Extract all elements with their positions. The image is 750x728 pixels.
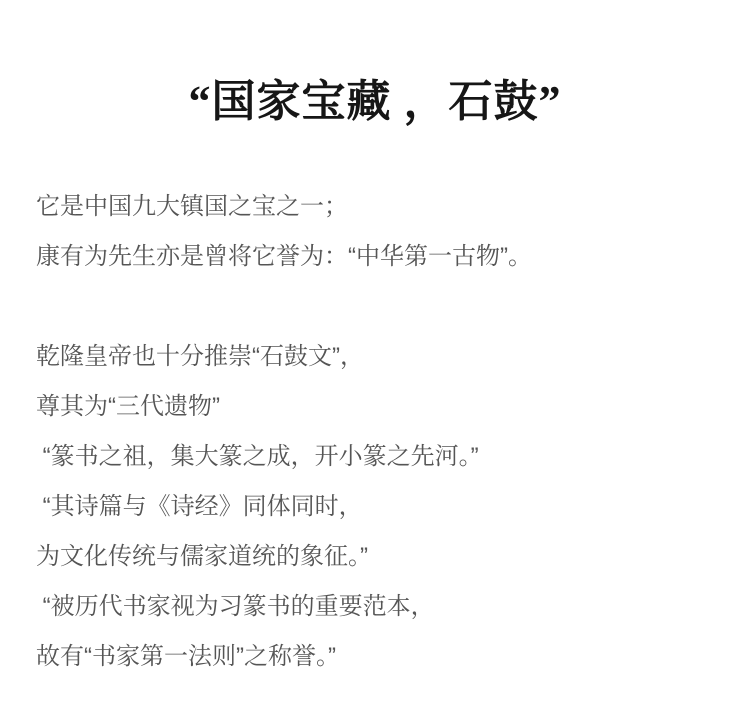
article-title: “国家宝藏 ，石鼓” (0, 76, 750, 129)
paragraph-intro: 它是中国九大镇国之宝之一； 康有为先生亦是曾将它誉为：“中华第一古物”。 (36, 182, 720, 282)
article-line: 它是中国九大镇国之宝之一； (36, 182, 720, 232)
article-line: 尊其为“三代遗物” (36, 382, 720, 432)
paragraph-qianlong-quotes: 乾隆皇帝也十分推崇“石鼓文”， 尊其为“三代遗物” “篆书之祖，集大篆之成，开小… (36, 332, 720, 682)
article-line: 为文化传统与儒家道统的象征。” (36, 532, 720, 582)
article-line: “篆书之祖，集大篆之成，开小篆之先河。” (36, 432, 720, 482)
article-line: 康有为先生亦是曾将它誉为：“中华第一古物”。 (36, 232, 720, 282)
article-page: { "page": { "background_color": "#ffffff… (0, 0, 750, 728)
article-line: “被历代书家视为习篆书的重要范本， (36, 582, 720, 632)
article-line: 乾隆皇帝也十分推崇“石鼓文”， (36, 332, 720, 382)
article-line: “其诗篇与《诗经》同体同时， (36, 482, 720, 532)
article-line: 故有“书家第一法则”之称誉。” (36, 632, 720, 682)
article-body: 它是中国九大镇国之宝之一； 康有为先生亦是曾将它誉为：“中华第一古物”。 乾隆皇… (36, 182, 720, 682)
